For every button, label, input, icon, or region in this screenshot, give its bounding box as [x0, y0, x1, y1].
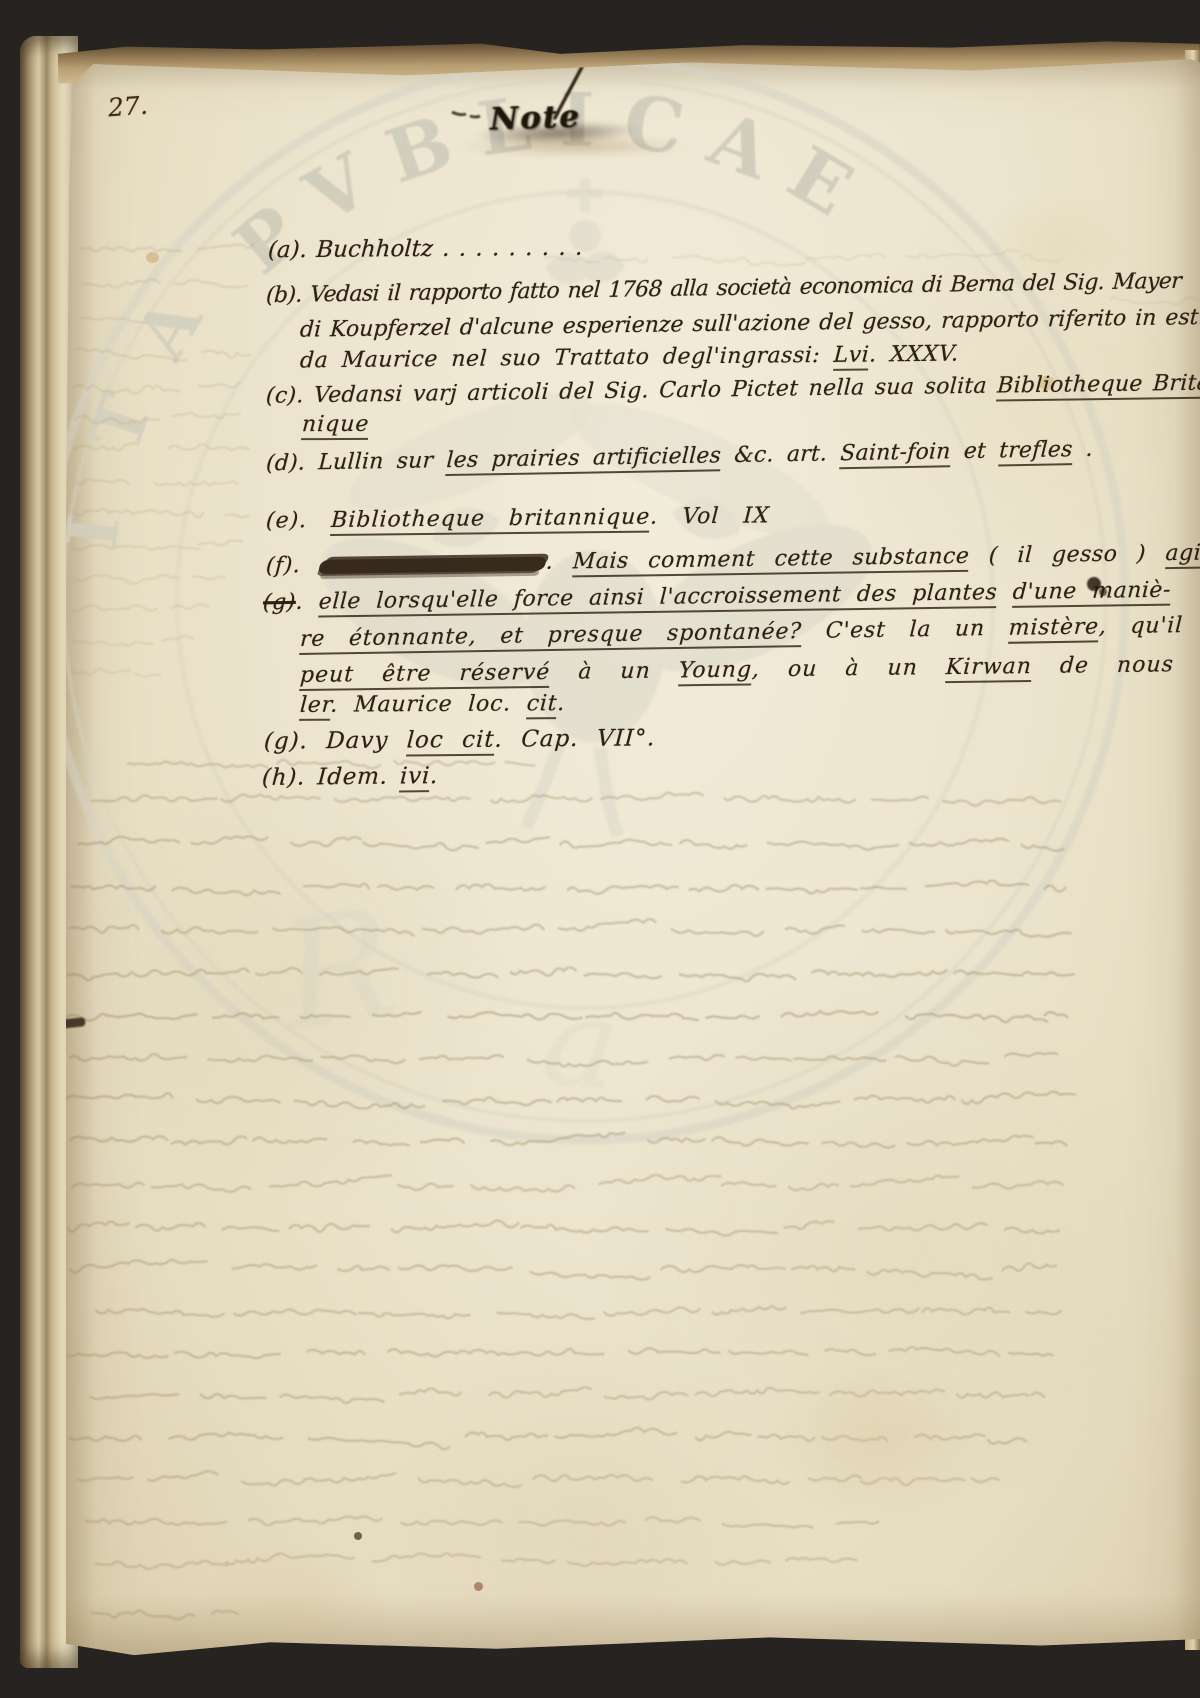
note-line: (g). Davy loc cit. Cap. VII°.: [263, 725, 656, 754]
note-line: peut être réservé à un Young, ou à un Ki…: [299, 651, 1200, 688]
note-text: Bibliotheque britannique: [330, 505, 651, 536]
ink-bleedthrough: [0, 0, 1200, 1698]
note-text: peut être réservé: [299, 660, 551, 691]
note-text: de nous: [1031, 652, 1200, 679]
note-text: . Maurice loc.: [330, 691, 528, 717]
note-text: et: [950, 438, 1000, 464]
note-text: .: [295, 590, 319, 615]
bleedthrough-line: [66, 1092, 1075, 1109]
paper-stain: [766, 1358, 986, 1518]
bleedthrough-line: [74, 575, 226, 584]
note-text: ( il gesso ): [969, 541, 1167, 569]
bleedthrough-line: [96, 1306, 1061, 1319]
note-line: (a). Buchholtz . . . . . . . . .: [267, 235, 583, 264]
note-text: . XXXV.: [869, 342, 960, 368]
bleedthrough-line: [70, 1260, 1056, 1280]
note-text: .: [429, 763, 439, 789]
bleedthrough-line: [76, 413, 240, 424]
note-text: .: [1072, 437, 1094, 462]
note-line: (g). elle lorsqu'elle force ainsi l'accr…: [262, 578, 1171, 616]
note-text: ler: [299, 693, 331, 721]
bleedthrough-line: [70, 1053, 1057, 1066]
bleedthrough-line: [74, 541, 242, 550]
bleedthrough-line: [92, 1611, 238, 1620]
note-text: cit: [526, 691, 558, 719]
scanned-manuscript-screenshot: { "document": { "page_number": "27.", "h…: [0, 0, 1200, 1698]
bleedthrough-line: [74, 383, 239, 394]
bleedthrough-line: [78, 1471, 999, 1487]
bleedthrough-line: [80, 244, 253, 251]
foxing-spot: [354, 1532, 362, 1540]
note-text: (a). Buchholtz . . . . . . . . .: [267, 235, 583, 264]
note-line: re étonnante, et presque spontanée? C'es…: [299, 613, 1183, 652]
note-text: C'est la un: [801, 616, 1009, 644]
note-line: (b). Vedasi il rapporto fatto nel 1768 a…: [265, 269, 1181, 308]
note-line: nique: [301, 412, 370, 437]
note-text: à un: [550, 658, 680, 685]
note-text: (g). Davy: [263, 727, 407, 754]
bleedthrough-line: [76, 348, 250, 360]
foxing-spot: [146, 252, 159, 263]
note-text: &c. art.: [720, 441, 841, 468]
note-text: Bibliotheque Britan-: [996, 370, 1200, 401]
note-text: da Maurice nel suo Trattato degl'ingrass…: [299, 343, 834, 374]
note-text: (f).: [265, 553, 320, 579]
note-text: spontanée?: [666, 619, 802, 649]
note-text: , qu'il: [1098, 613, 1183, 639]
bleedthrough-line: [74, 509, 249, 517]
stamp-letter: A: [119, 283, 219, 374]
bleedthrough-line: [74, 443, 249, 450]
stamp-legend-left: ITA: [50, 283, 219, 553]
note-text: ivi: [399, 763, 431, 792]
bleedthrough-line: [1110, 297, 1198, 304]
bleedthrough-line: [90, 1387, 1044, 1403]
bleedthrough-line: [76, 479, 238, 485]
note-text: [997, 580, 1014, 605]
note-text: (b). Vedasi il rapporto fatto nel 1768 a…: [265, 269, 1181, 308]
note-line: (e). Bibliotheque britannique. Vol IX: [265, 503, 770, 533]
note-text: mistère: [1008, 614, 1100, 643]
note-text: Young: [678, 657, 753, 686]
foxing-spot: [474, 1582, 483, 1591]
manuscript-page: PVBLICAE ITA R a: [66, 48, 1200, 1660]
bleedthrough-line: [72, 880, 1065, 895]
bleedthrough-line: [96, 1553, 856, 1568]
bleedthrough-line: [70, 1133, 1066, 1148]
struck-out-label: (g): [262, 590, 296, 615]
bleedthrough-line: [72, 1175, 1063, 1192]
note-text: di Koupferzel d'alcune esperienze sull'a…: [299, 304, 1200, 342]
bleedthrough-line: [72, 604, 209, 611]
note-line: ler. Maurice loc. cit.: [299, 691, 566, 718]
bleedthrough-line: [82, 279, 247, 287]
note-text: (d). Lullin sur: [265, 448, 447, 476]
note-text: (c). Vedansi varj articoli del Sig. Carl…: [265, 374, 998, 409]
note-text: re étonnante, et presque: [299, 621, 668, 655]
page-heading: Note: [489, 98, 581, 137]
note-text: .: [557, 691, 566, 716]
note-text: Lvi: [833, 342, 870, 370]
note-line: (d). Lullin sur les prairies artificiell…: [265, 437, 1093, 476]
ink-marks: [0, 0, 1200, 1698]
note-text: (e).: [265, 508, 332, 534]
stamp-ghost-marks: R a: [265, 876, 625, 1120]
stamp-letter: T: [73, 384, 168, 459]
note-text: Mais comment cette substance: [572, 544, 970, 578]
bleedthrough-line: [70, 1428, 1026, 1449]
note-text: nique: [301, 412, 370, 440]
note-line: di Koupferzel d'alcune esperienze sull'a…: [299, 304, 1200, 342]
note-text: loc cit: [406, 727, 496, 757]
note-line: (f). . Mais comment cette substance ( il…: [265, 540, 1200, 578]
note-text: trefles: [998, 437, 1073, 466]
library-stamp: PVBLICAE ITA R a: [0, 0, 1200, 1698]
bleedthrough-line: [64, 1347, 1052, 1358]
note-text: . Cap. VII°.: [494, 725, 656, 752]
bleedthrough-line: [86, 1517, 878, 1528]
bleedthrough-line: [545, 250, 1062, 265]
bleedthrough-line: [66, 1011, 1068, 1022]
bleedthrough-line: [72, 669, 160, 677]
bleedthrough-line: [78, 836, 1063, 850]
bleedthrough-line: [70, 919, 1071, 937]
note-text: .: [545, 549, 573, 574]
note-line: (c). Vedansi varj articoli del Sig. Carl…: [265, 370, 1200, 409]
note-text: agit-: [1165, 540, 1200, 569]
svg-text:R: R: [265, 876, 407, 1066]
svg-text:a: a: [537, 969, 626, 1120]
note-text: Kirwan: [945, 654, 1033, 683]
page-number: 27.: [107, 91, 149, 123]
note-text: . Vol IX: [650, 503, 771, 529]
note-text: d'une maniè-: [1012, 578, 1172, 608]
bleedthrough-line: [68, 1220, 1059, 1235]
note-text: , ou à un: [751, 655, 946, 682]
note-line: (h). Idem. ivi.: [261, 763, 439, 791]
paper-stain: [206, 1548, 386, 1668]
note-text: (h). Idem.: [261, 763, 401, 790]
struck-out-word: [317, 557, 547, 574]
note-text: Saint-foin: [840, 439, 952, 469]
bleedthrough-line: [68, 967, 1074, 981]
note-text: les prairies artificielles: [446, 443, 722, 476]
bleedthrough-line: [80, 318, 148, 323]
note-line: da Maurice nel suo Trattato degl'ingrass…: [299, 342, 959, 374]
note-text: elle lorsqu'elle force ainsi l'accroisse…: [318, 580, 998, 617]
bleedthrough-line: [74, 636, 193, 646]
heading-predots: [452, 112, 480, 117]
bleedthrough-line: [92, 793, 1060, 806]
